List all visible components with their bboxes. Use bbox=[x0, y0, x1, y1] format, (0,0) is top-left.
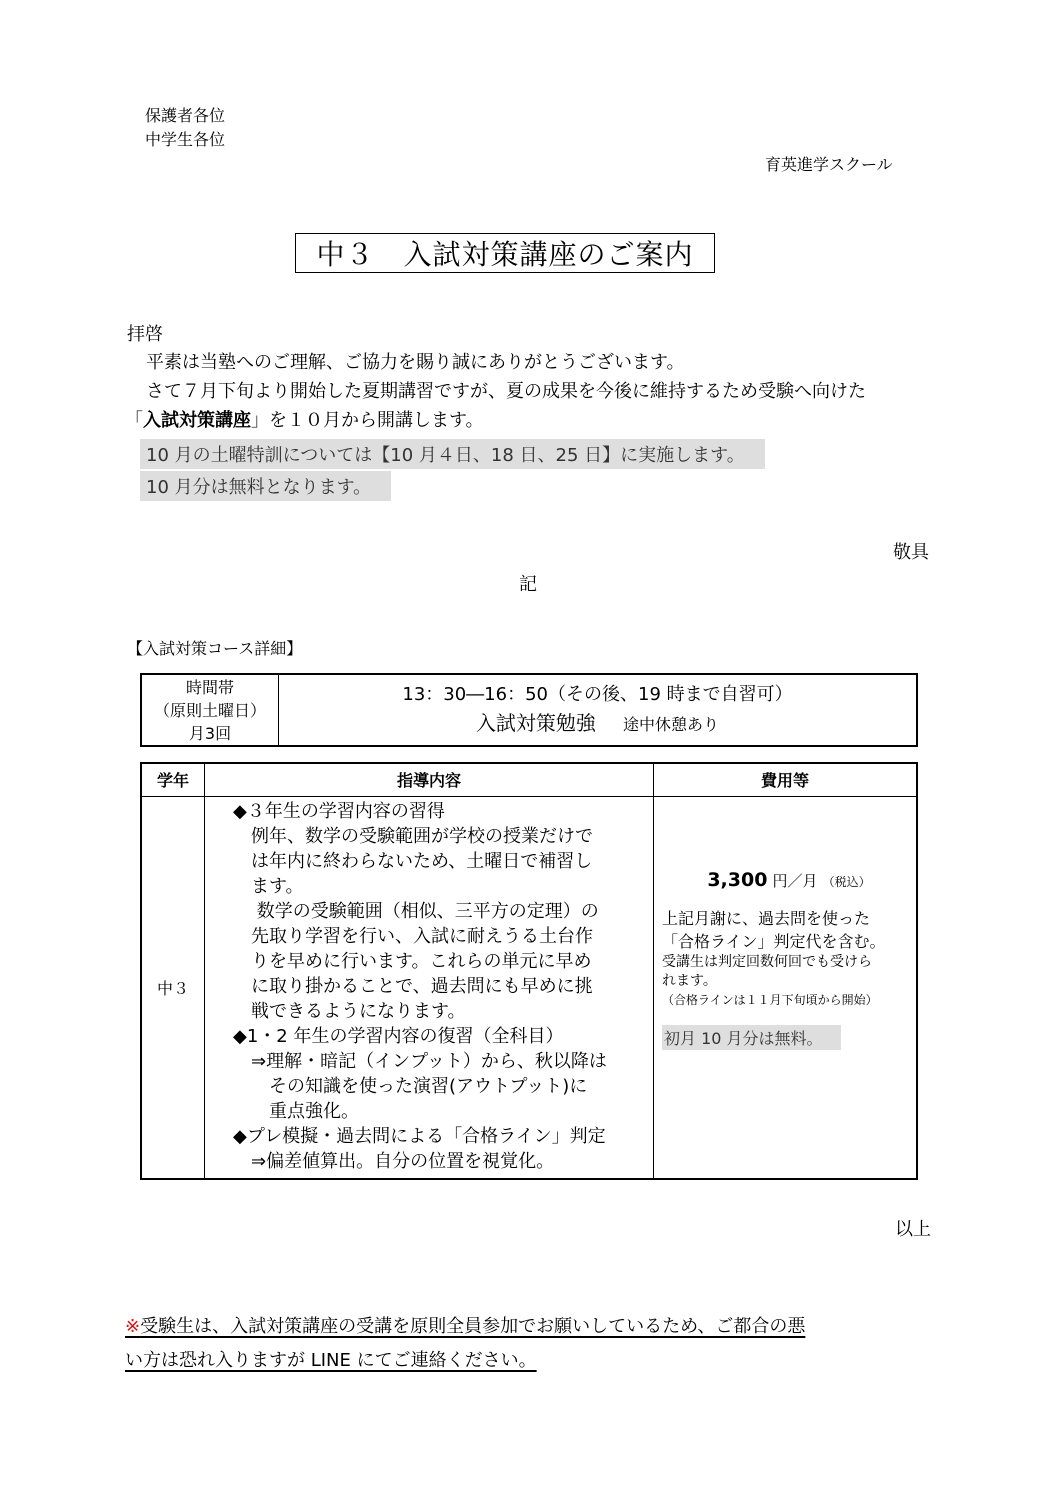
course-table: 学年 指導内容 費用等 中３ ◆３年生の学習内容の習得 例年、数学の受験範囲が学… bbox=[140, 762, 918, 1180]
header-grade: 学年 bbox=[141, 763, 205, 796]
content-line: ◆1・2 年生の学習内容の復習（全科目） bbox=[233, 1024, 653, 1049]
fee-amount: 3,300 bbox=[707, 869, 767, 891]
fee-unit: 円／月 bbox=[773, 872, 818, 890]
fee-tax: （税込） bbox=[823, 875, 871, 889]
schedule-detail-cell: 13：30―16：50（その後、19 時まで自習可） 入試対策勉強 途中休憩あり bbox=[279, 674, 918, 746]
content-line: ます。 bbox=[233, 874, 653, 899]
notice-line-2: い方は恐れ入りますが LINE にてご連絡ください。 bbox=[125, 1346, 537, 1372]
header-fee: 費用等 bbox=[654, 763, 918, 796]
content-cell: ◆３年生の学習内容の習得 例年、数学の受験範囲が学校の授業だけで は年内に終わら… bbox=[205, 796, 654, 1179]
grade-cell: 中３ bbox=[141, 796, 205, 1179]
fee-desc-1: 上記月謝に、過去問を使った bbox=[662, 907, 916, 930]
ki-marker: 記 bbox=[519, 570, 537, 596]
fee-amount-row: 3,300 円／月 （税込） bbox=[662, 869, 916, 891]
fee-desc-5: （合格ラインは１１月下旬頃から開始） bbox=[662, 991, 916, 1009]
schedule-label-line: （原則土曜日） bbox=[142, 699, 278, 722]
content-line: 例年、数学の受験範囲が学校の授業だけで bbox=[233, 824, 653, 849]
fee-desc-2: 「合格ライン」判定代を含む。 bbox=[662, 930, 916, 953]
content-line: ⇒理解・暗記（インプット）から、秋以降は bbox=[233, 1049, 653, 1074]
course-name-bold: 入試対策講座 bbox=[143, 410, 251, 431]
letter-line-2: さて７月下旬より開始した夏期講習ですが、夏の成果を今後に維持するため受験へ向けた bbox=[146, 377, 866, 403]
schedule-subject-row: 入試対策勉強 途中休憩あり bbox=[279, 709, 916, 739]
schedule-label-line: 時間帯 bbox=[142, 676, 278, 699]
schedule-label-cell: 時間帯 （原則土曜日） 月3回 bbox=[141, 674, 279, 746]
recipient-students: 中学生各位 bbox=[145, 127, 225, 150]
document-title: 中３ 入試対策講座のご案内 bbox=[295, 233, 715, 273]
content-line: りを早めに行います。これらの単元に早め bbox=[233, 949, 653, 974]
content-line: ◆プレ模擬・過去問による「合格ライン」判定 bbox=[233, 1124, 653, 1149]
schedule-time: 13：30―16：50（その後、19 時まで自習可） bbox=[279, 681, 916, 709]
fee-free-note: 初月 10 月分は無料。 bbox=[662, 1025, 841, 1050]
letter-line-3-rest: 」を１０月から開講します。 bbox=[251, 410, 484, 431]
content-line: に取り掛かることで、過去問にも早めに挑 bbox=[233, 974, 653, 999]
notice-line-1: ※受験生は、入試対策講座の受講を原則全員参加でお願いしているため、ご都合の悪 bbox=[125, 1312, 805, 1338]
content-line: は年内に終わらないため、土曜日で補習し bbox=[233, 849, 653, 874]
content-line: その知識を使った演習(アウトプット)に bbox=[233, 1074, 653, 1099]
notice-text-1: 受験生は、入試対策講座の受講を原則全員参加でお願いしているため、ご都合の悪 bbox=[140, 1316, 805, 1337]
content-line: ◆３年生の学習内容の習得 bbox=[233, 799, 653, 824]
schedule-table: 時間帯 （原則土曜日） 月3回 13：30―16：50（その後、19 時まで自習… bbox=[140, 673, 918, 747]
letter-line-3: 「入試対策講座」を１０月から開講します。 bbox=[125, 406, 484, 432]
schedule-subject: 入試対策勉強 bbox=[476, 711, 596, 735]
fee-desc-4: れます。 bbox=[662, 972, 916, 991]
closing-keigu: 敬具 bbox=[893, 538, 929, 564]
schedule-label-line: 月3回 bbox=[142, 722, 278, 745]
notice-mark: ※ bbox=[125, 1316, 140, 1337]
fee-cell: 3,300 円／月 （税込） 上記月謝に、過去問を使った 「合格ライン」判定代を… bbox=[654, 796, 918, 1179]
content-line: 数学の受験範囲（相似、三平方の定理）の bbox=[233, 899, 653, 924]
closing-ijou: 以上 bbox=[895, 1215, 931, 1241]
recipient-parents: 保護者各位 bbox=[145, 103, 225, 126]
section-heading: 【入試対策コース詳細】 bbox=[127, 636, 302, 659]
content-line: 戦できるようになります。 bbox=[233, 999, 653, 1024]
content-line: 先取り学習を行い、入試に耐えうる土台作 bbox=[233, 924, 653, 949]
header-content: 指導内容 bbox=[205, 763, 654, 796]
quote-open: 「 bbox=[125, 410, 143, 431]
content-line: ⇒偏差値算出。自分の位置を視覚化。 bbox=[233, 1149, 653, 1174]
opening-greeting: 拝啓 bbox=[127, 320, 163, 346]
sender-name: 育英進学スクール bbox=[765, 152, 893, 175]
fee-desc-3: 受講生は判定回数何回でも受けら bbox=[662, 953, 916, 972]
highlight-saturday-dates: 10 月の土曜特訓については【10 月４日、18 日、25 日】に実施します。 bbox=[140, 439, 765, 469]
letter-line-1: 平素は当塾へのご理解、ご協力を賜り誠にありがとうございます。 bbox=[146, 348, 685, 374]
schedule-break-note: 途中休憩あり bbox=[623, 715, 719, 734]
highlight-free-october: 10 月分は無料となります。 bbox=[140, 471, 391, 501]
content-line: 重点強化。 bbox=[233, 1099, 653, 1124]
